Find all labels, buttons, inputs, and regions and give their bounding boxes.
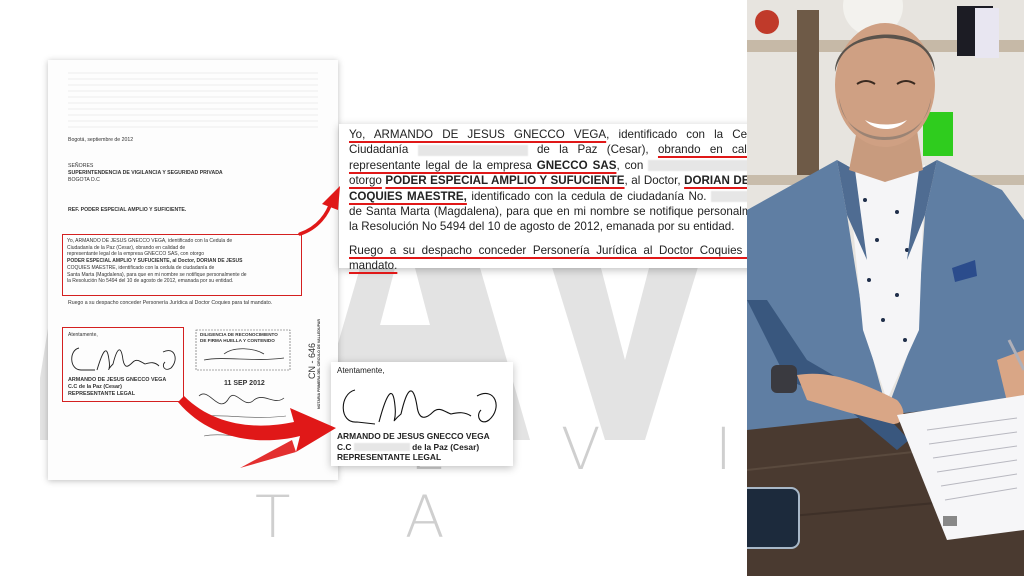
notary-vertical-stamp: NOTARIA PRIMERA DEL CIRCULO DE VALLEDUPA… xyxy=(300,330,330,410)
doc-closing: Atentamente, xyxy=(68,332,178,338)
doc-body-line: PODER ESPECIAL AMPLIO Y SUFUCIENTE, al D… xyxy=(67,258,297,265)
doc-signature-highlight-box: Atentamente, ARMANDO DE JESUS GNECCO VEG… xyxy=(62,327,184,402)
doc-body-line: Ciudadanía de la Paz (Cesar), obrando en… xyxy=(67,245,297,252)
stamp-notary: NOTARIA PRIMERA DEL CIRCULO DE VALLEDUPA… xyxy=(317,319,321,409)
zoom-signer-role: REPRESENTANTE LEGAL xyxy=(337,452,490,463)
zoom-otorgo: otorgo xyxy=(349,174,382,187)
stamp-scribbles xyxy=(194,326,294,456)
photo-illustration xyxy=(747,0,1024,576)
notary-stamp: DILIGENCIA DE RECONOCIMIENTO DE FIRMA HU… xyxy=(194,326,294,456)
doc-body-line: representante legal de la empresa GNECCO… xyxy=(67,251,297,258)
doc-signer-block: ARMANDO DE JESUS GNECCO VEGA C.C de la P… xyxy=(68,377,166,398)
doc-signer-role: REPRESENTANTE LEGAL xyxy=(68,391,166,398)
zoomed-body-excerpt: Yo, ARMANDO DE JESUS GNECCO VEGA, identi… xyxy=(339,124,801,268)
doc-reference: REF. PODER ESPECIAL AMPLIO Y SUFICIENTE. xyxy=(68,207,186,214)
doc-date: Bogotá, septiembre de 2012 xyxy=(68,137,133,144)
zoom-signature-scribble xyxy=(337,378,507,430)
doc-recipient-3: BOGOTA D.C xyxy=(68,177,100,184)
zoom-paragraph-1: Yo, ARMANDO DE JESUS GNECCO VEGA, identi… xyxy=(349,127,791,235)
zoom-declarant: Yo, ARMANDO DE JESUS GNECCO VEGA xyxy=(349,128,606,141)
zoomed-signature-excerpt: Atentamente, ARMANDO DE JESUS GNECCO VEG… xyxy=(331,362,513,466)
doc-body-highlight-box: Yo, ARMANDO DE JESUS GNECCO VEGA, identi… xyxy=(62,234,302,296)
zoom-power-type: PODER ESPECIAL AMPLIO Y SUFUCIENTE xyxy=(385,174,624,187)
doc-body-line: Yo, ARMANDO DE JESUS GNECCO VEGA, identi… xyxy=(67,238,297,245)
zoom-signer-id: C.C de la Paz (Cesar) xyxy=(337,442,490,453)
doc-signer-name: ARMANDO DE JESUS GNECCO VEGA xyxy=(68,377,166,384)
zoom-company: GNECCO SAS xyxy=(537,159,617,172)
zoom-signer-name: ARMANDO DE JESUS GNECCO VEGA xyxy=(337,431,490,442)
zoom-request: Ruego a su despacho conceder Personería … xyxy=(349,243,791,274)
composite-image: R E V I S T A Bogotá, septiembre de 2012… xyxy=(0,0,1024,576)
stamp-title-1: DILIGENCIA DE RECONOCIMIENTO xyxy=(200,332,278,337)
redacted-signer-id xyxy=(354,443,410,451)
stamp-date: 11 SEP 2012 xyxy=(224,380,265,387)
doc-recipient-1: SEÑORES xyxy=(68,163,93,170)
zoom-closing: Atentamente, xyxy=(337,366,507,375)
doc-body-line: COQUIES MAESTRE, identificado con la ced… xyxy=(67,265,297,272)
redacted-id xyxy=(418,145,528,156)
wristwatch-icon xyxy=(771,365,797,393)
scanned-document: Bogotá, septiembre de 2012 SEÑORES SUPER… xyxy=(48,60,338,480)
zoom-signer-block: ARMANDO DE JESUS GNECCO VEGA C.C de la P… xyxy=(337,431,490,463)
doc-recipient-2: SUPERINTENDENCIA DE VIGILANCIA Y SEGURID… xyxy=(68,170,223,177)
signature-scribble xyxy=(67,340,182,376)
photo-man-signing-documents xyxy=(747,0,1024,576)
stamp-code: CN - 646 xyxy=(307,343,317,379)
doc-request: Ruego a su despacho conceder Personería … xyxy=(68,300,303,307)
doc-body-line: la Resolución No 5494 del 10 de agosto d… xyxy=(67,278,297,285)
doc-signer-id: C.C de la Paz (Cesar) xyxy=(68,384,166,391)
smartphone-icon xyxy=(747,488,799,548)
scan-header-noise xyxy=(68,68,318,128)
doc-body-line: Santa Marta (Magdalena), para que en mi … xyxy=(67,272,297,279)
stamp-title-2: DE FIRMA HUELLA Y CONTENIDO xyxy=(200,338,275,343)
qr-code-icon xyxy=(943,516,957,526)
